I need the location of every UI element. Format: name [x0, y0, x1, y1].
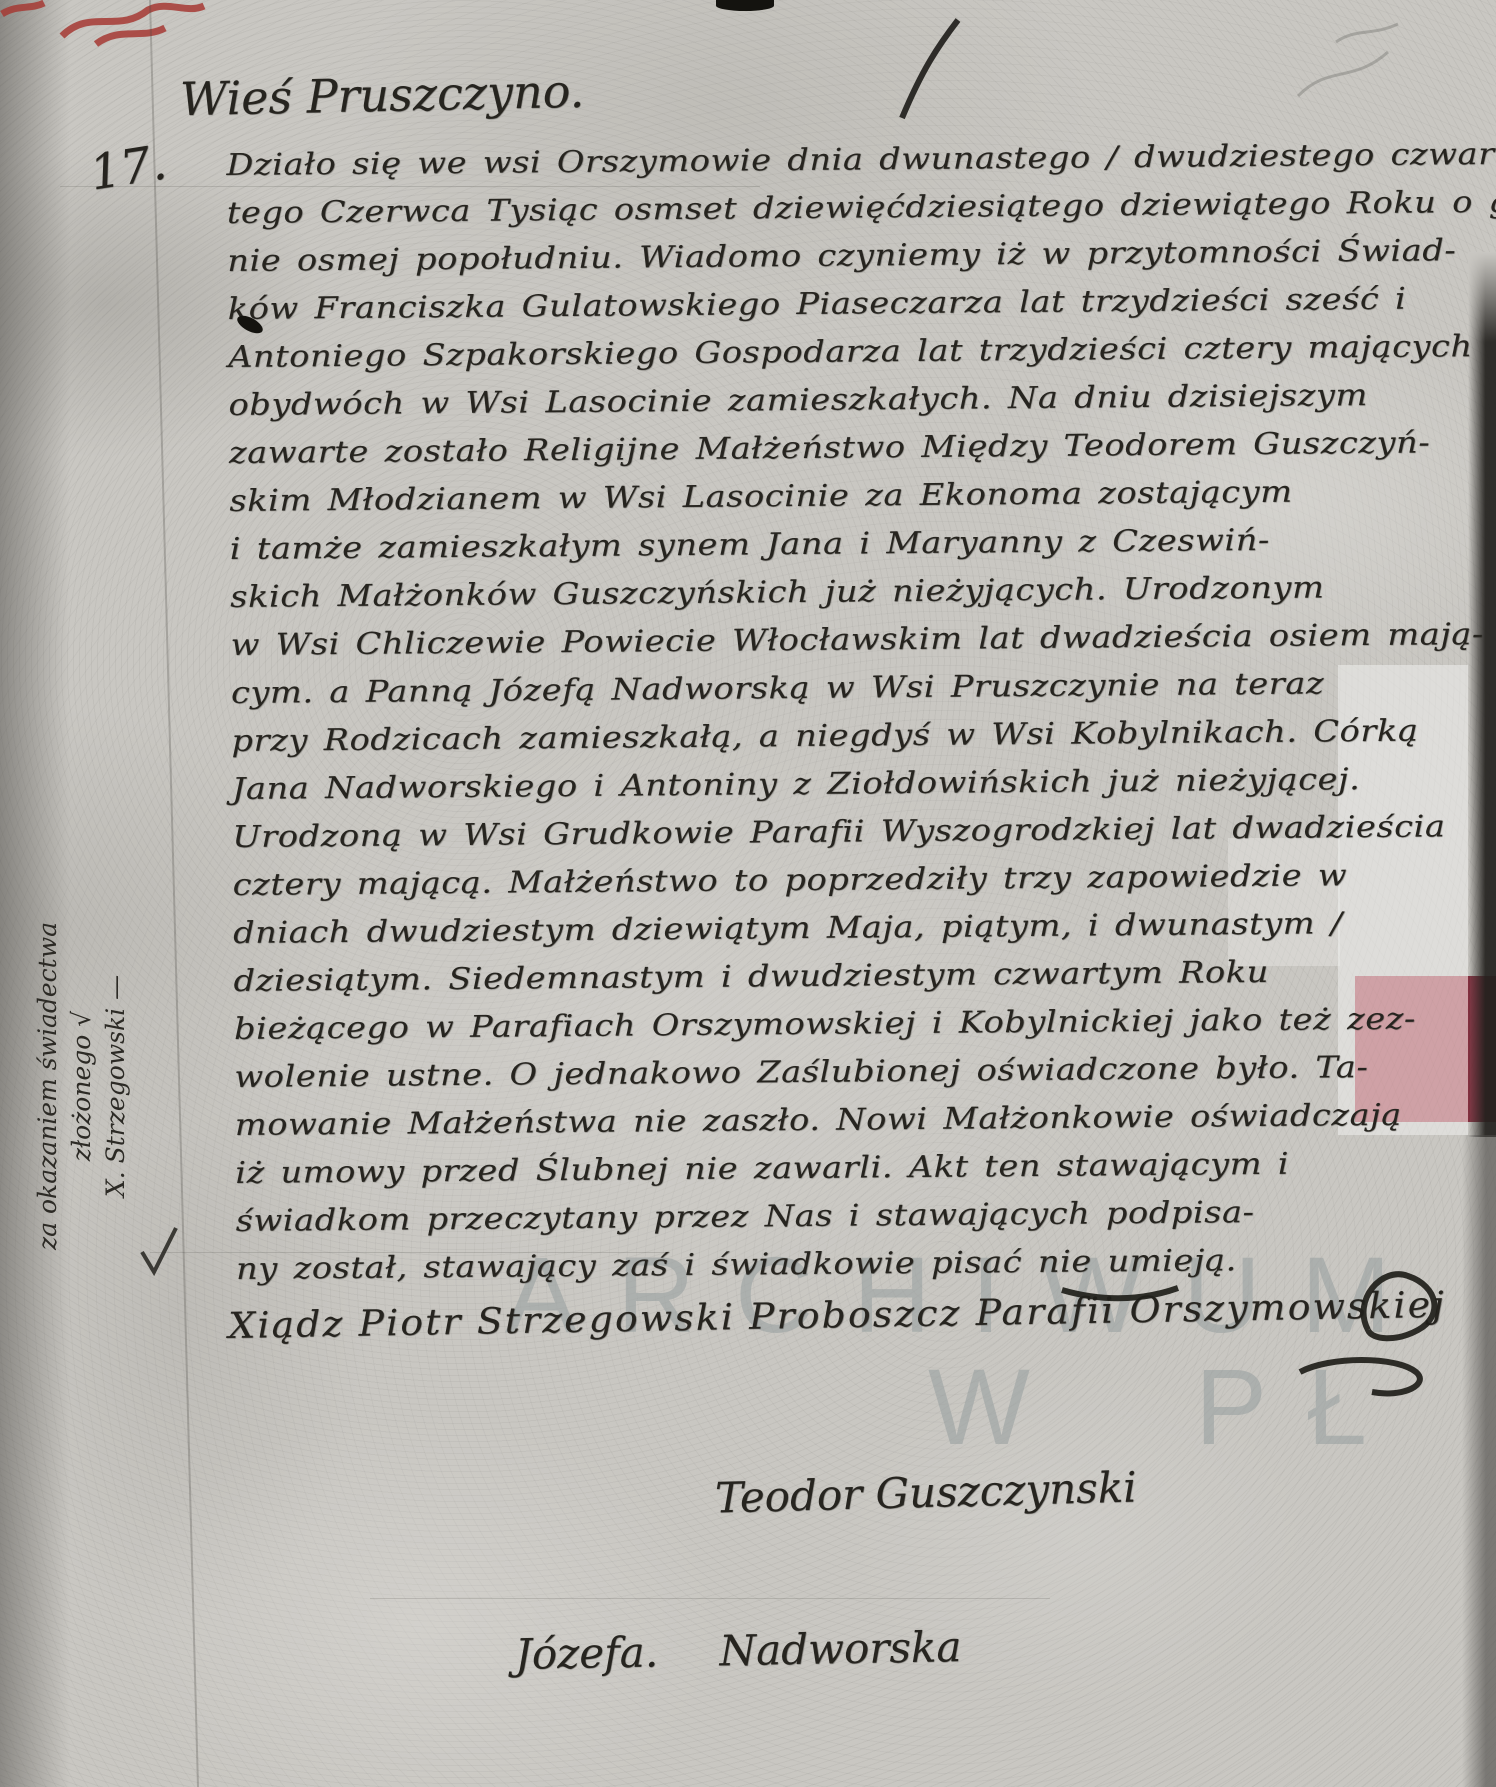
margin-check-mark — [142, 1228, 176, 1272]
scanned-register-page: ARCHIWUM W PŁ Wieś Pruszczyno. 17. Dział… — [0, 0, 1496, 1787]
ink-flourish — [902, 20, 958, 118]
pencil-squiggles — [1298, 24, 1398, 96]
margin-crease-line — [150, 0, 198, 1787]
marks-overlay — [0, 0, 1496, 1787]
signature-paraph — [1062, 1274, 1434, 1393]
red-pencil-marks — [2, 3, 204, 44]
